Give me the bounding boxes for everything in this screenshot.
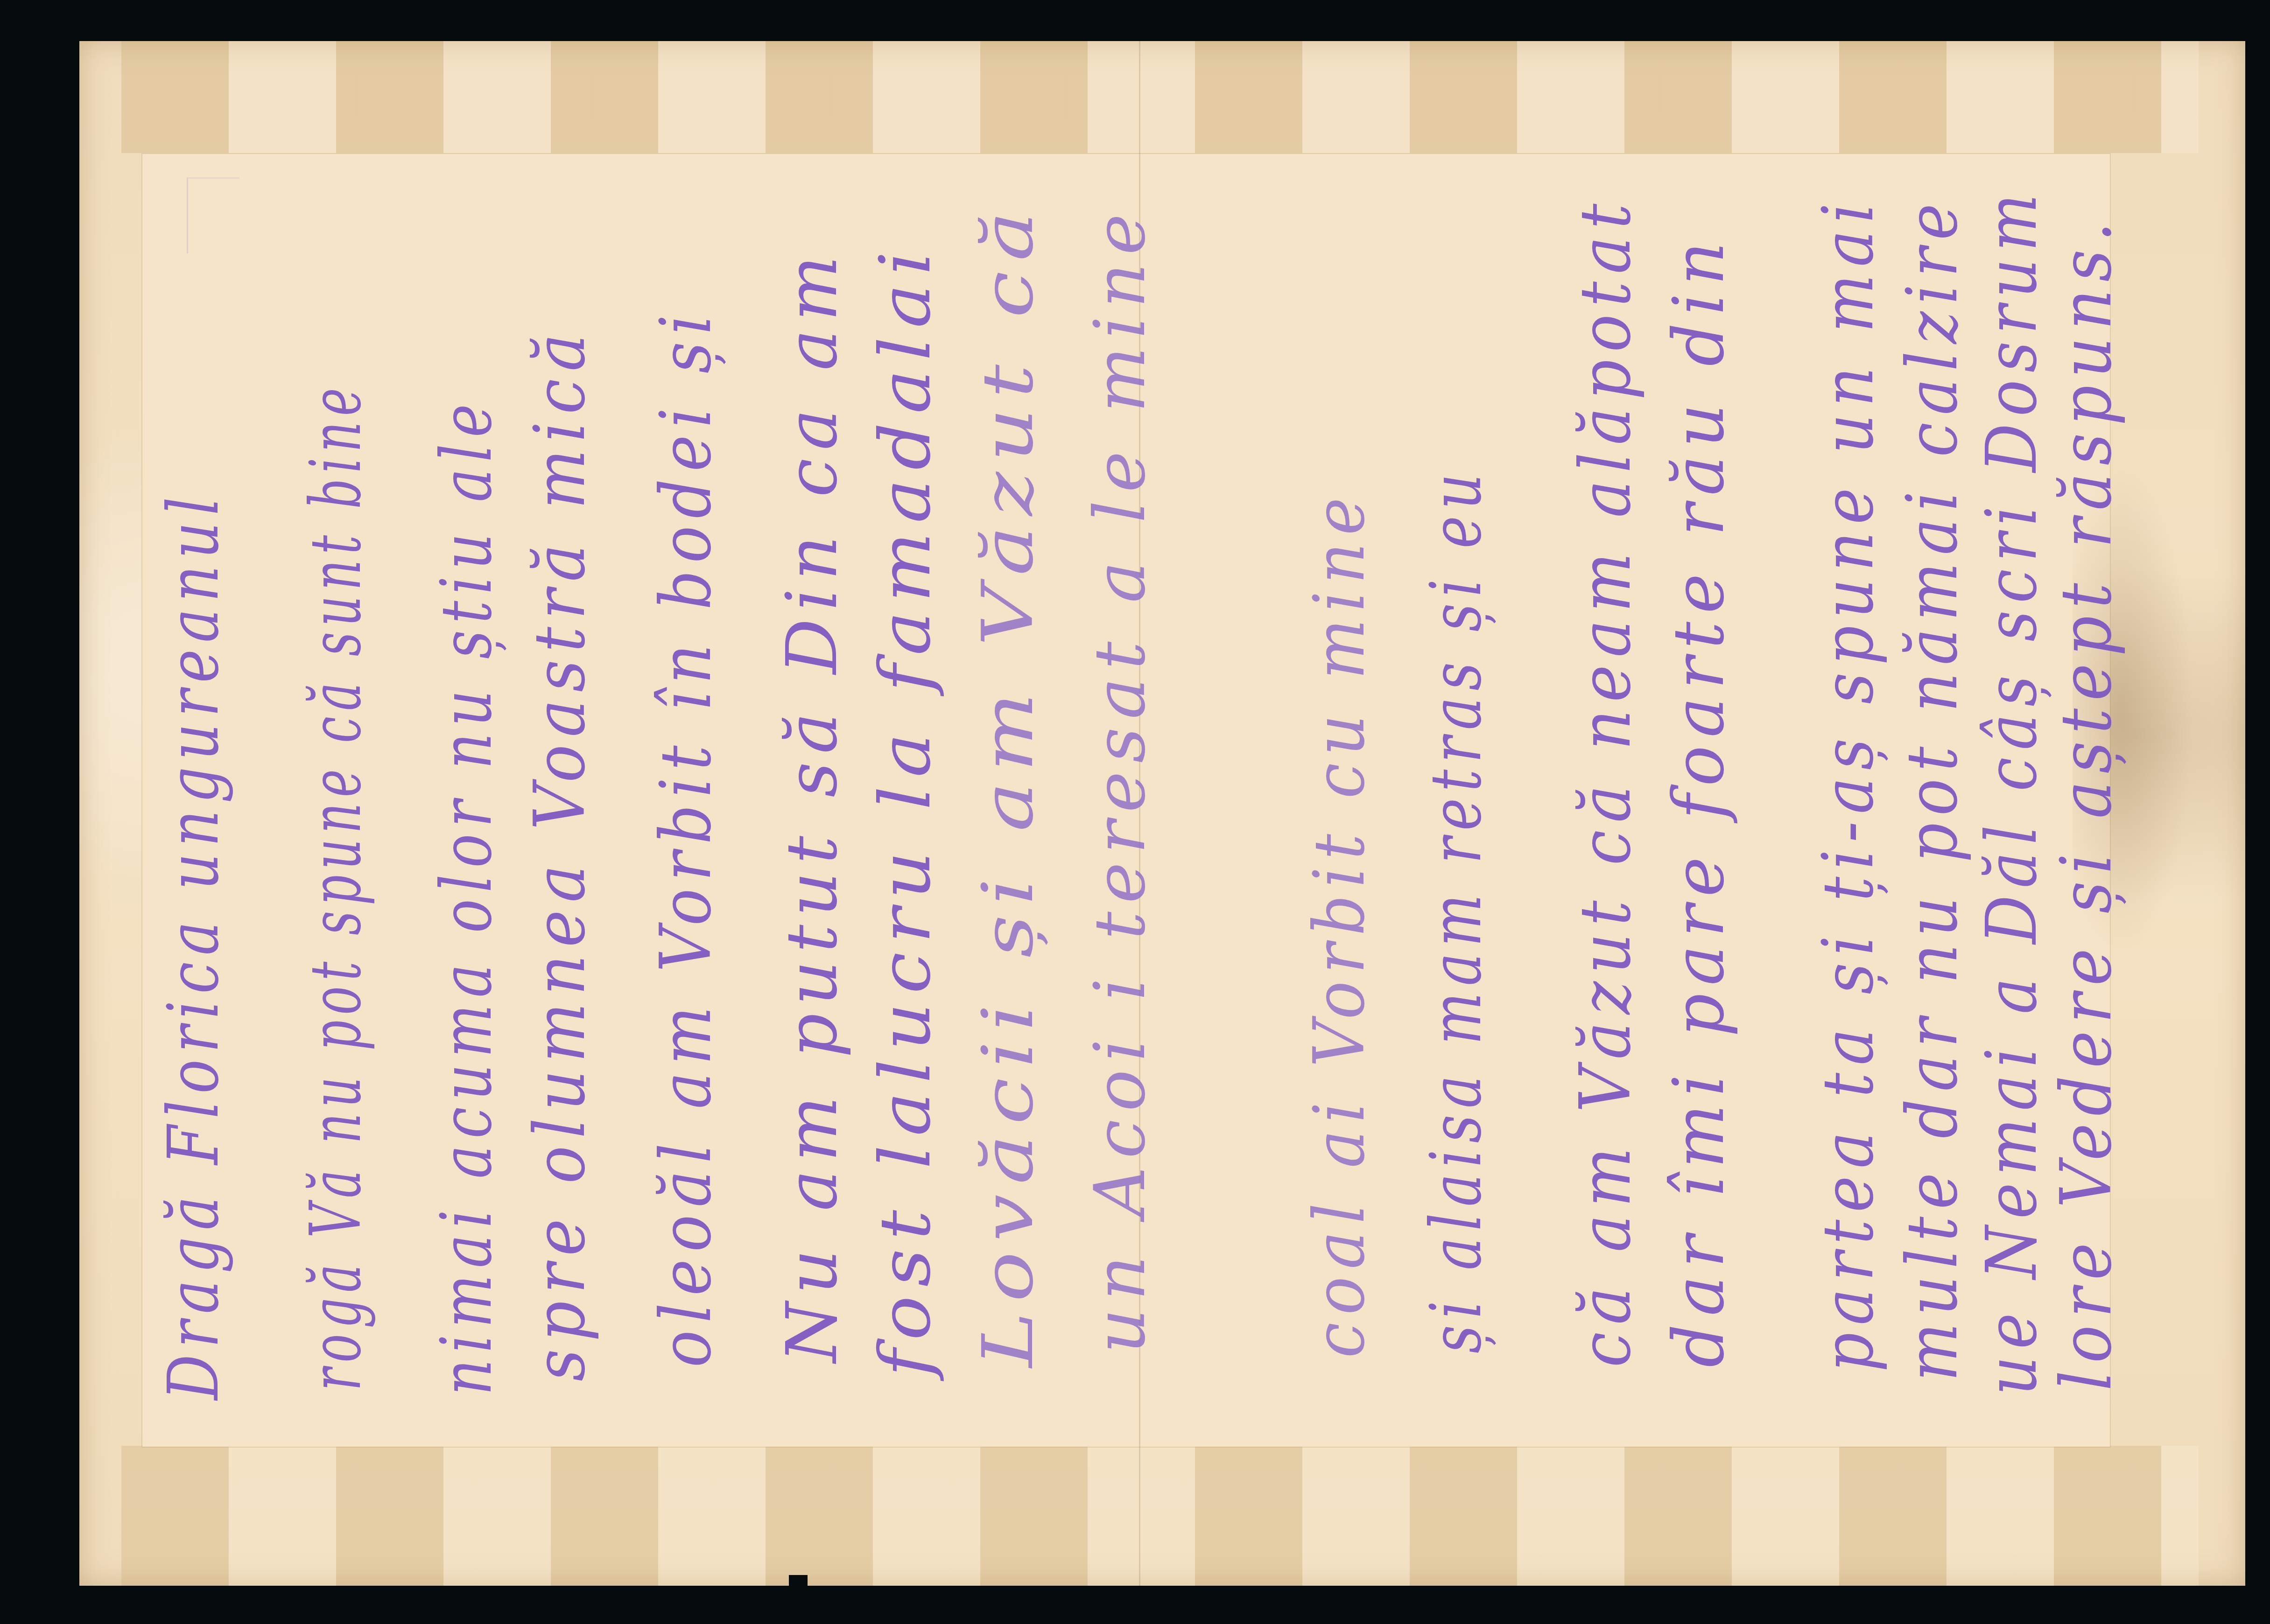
handwritten-line: și alaisa mam retras și eu (1421, 467, 1491, 1353)
handwritten-line: Lovăcii și am Văzut că (973, 201, 1043, 1367)
handwritten-line: rogă Vă nu pot spune că sunt bine (301, 382, 371, 1391)
handwritten-line: un Acoi i teresat a le mine (1085, 205, 1155, 1353)
handwritten-line: Dragă Florica ungureanul (159, 490, 229, 1400)
handwritten-line: coal ai Vorbit cu mine (1305, 490, 1375, 1358)
handwritten-line: dar îmi pare foarte rău din (1664, 234, 1734, 1367)
handwritten-line: fost lalucru la famadalai (871, 242, 941, 1377)
handwritten-line: că am Văzut că neam alăpotat (1571, 196, 1641, 1367)
handwritten-line: ue Nemai a Dăl câș scri Dosrum (1977, 187, 2047, 1395)
torn-edge-notch (789, 1575, 808, 1594)
handwritten-line: multe dar nu pot nămai calzire (1898, 196, 1968, 1381)
handwritten-line: nimai acuma olor nu știu ale (432, 397, 502, 1395)
handwritten-line: partea ta și ți-aș spune un mai (1813, 196, 1883, 1372)
handwritten-line: Nu am putut să Din ca am (777, 247, 847, 1363)
handwritten-line: spre olumnea Voastră mică (525, 326, 595, 1381)
handwritten-line: oleoăl am Vorbit în bodei și (651, 308, 721, 1367)
handwritten-line: lore Vedere și aștept răspuns. (2052, 215, 2122, 1391)
faint-stamp-mark (187, 177, 239, 253)
